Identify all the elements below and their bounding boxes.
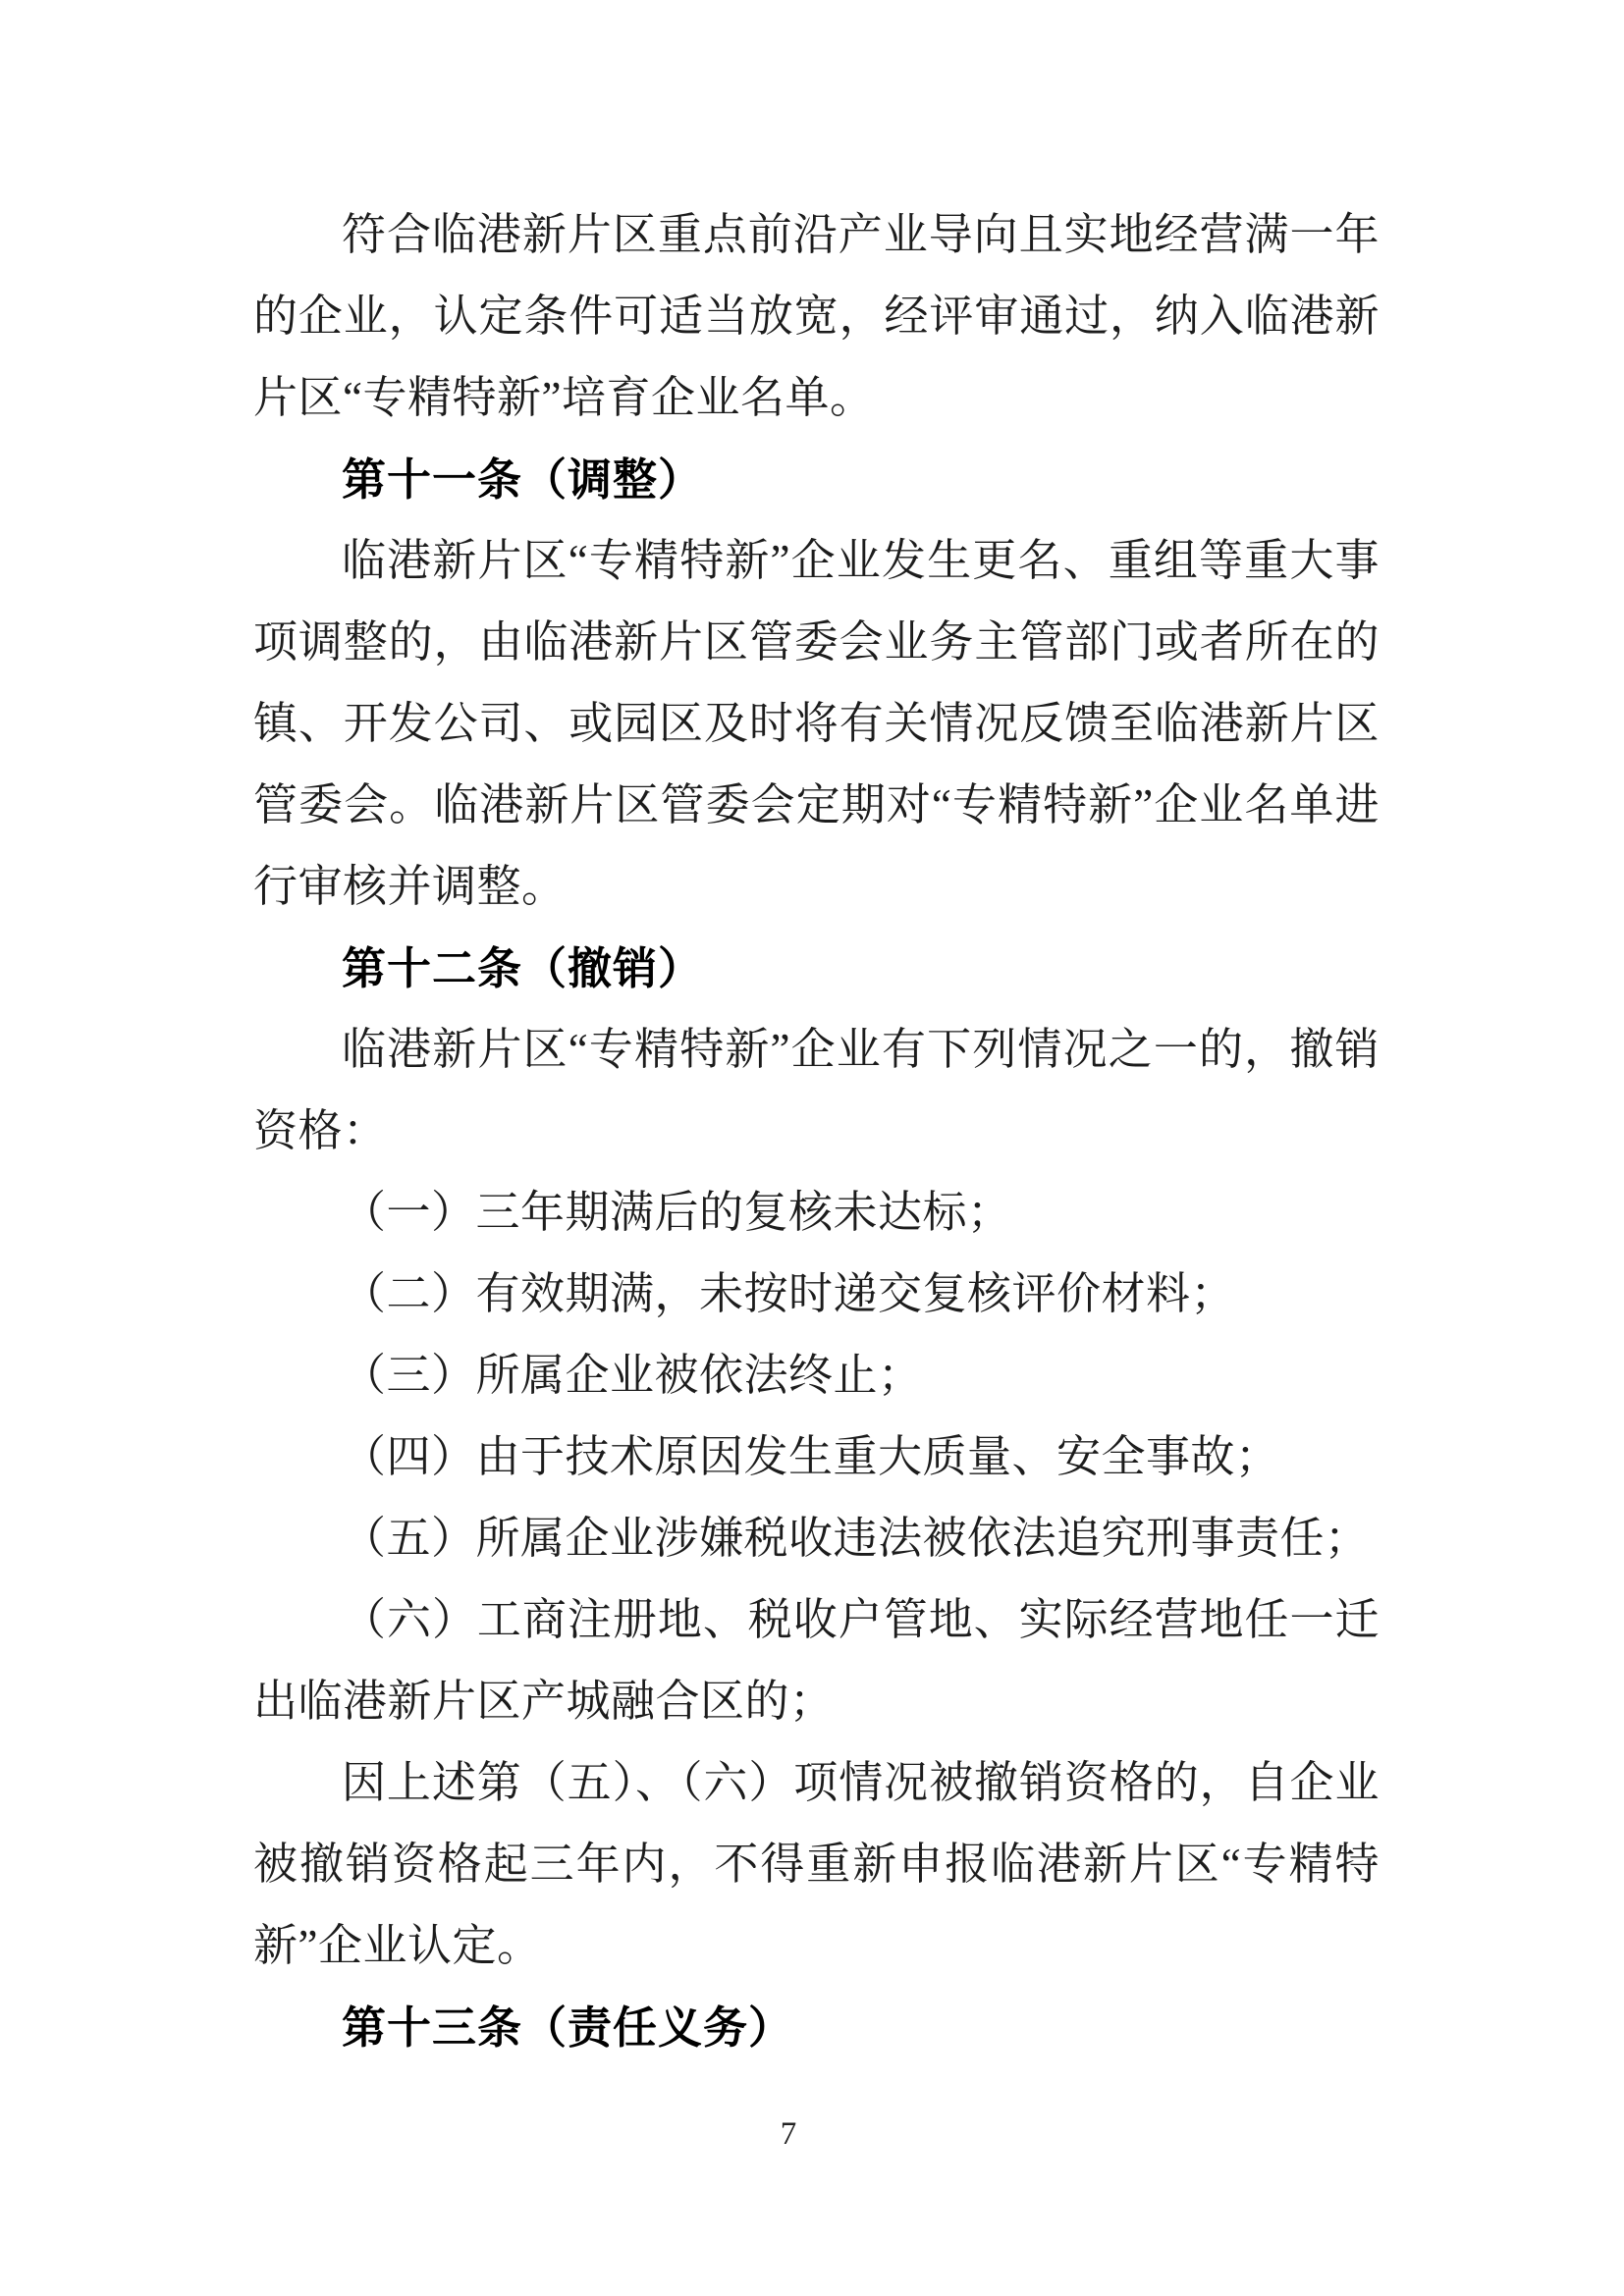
document-body: 符合临港新片区重点前沿产业导向且实地经营满一年的企业，认定条件可适当放宽，经评审… [253,194,1380,2068]
page-number: 7 [781,2116,797,2152]
page-footer: 7 [253,2110,1324,2158]
article-heading: 第十三条（责任义务） [253,1987,1380,2068]
paragraph: （四）由于技术原因发生重大质量、安全事故； [253,1416,1380,1498]
paragraph: （二）有效期满，未按时递交复核评价材料； [253,1254,1380,1335]
paragraph: （五）所属企业涉嫌税收违法被依法追究刑事责任； [253,1498,1380,1579]
paragraph: （三）所属企业被依法终止； [253,1335,1380,1416]
document-page: 符合临港新片区重点前沿产业导向且实地经营满一年的企业，认定条件可适当放宽，经评审… [0,0,1624,2296]
paragraph: 临港新片区“专精特新”企业有下列情况之一的，撤销资格： [253,1009,1380,1172]
paragraph: （一）三年期满后的复核未达标； [253,1172,1380,1254]
paragraph: 符合临港新片区重点前沿产业导向且实地经营满一年的企业，认定条件可适当放宽，经评审… [253,194,1380,439]
paragraph: 临港新片区“专精特新”企业发生更名、重组等重大事项调整的，由临港新片区管委会业务… [253,520,1380,928]
article-heading: 第十一条（调整） [253,439,1380,520]
article-heading: 第十二条（撤销） [253,928,1380,1009]
paragraph: 因上述第（五）、（六）项情况被撤销资格的，自企业被撤销资格起三年内，不得重新申报… [253,1742,1380,1987]
paragraph: （六）工商注册地、税收户管地、实际经营地任一迁出临港新片区产城融合区的； [253,1579,1380,1742]
